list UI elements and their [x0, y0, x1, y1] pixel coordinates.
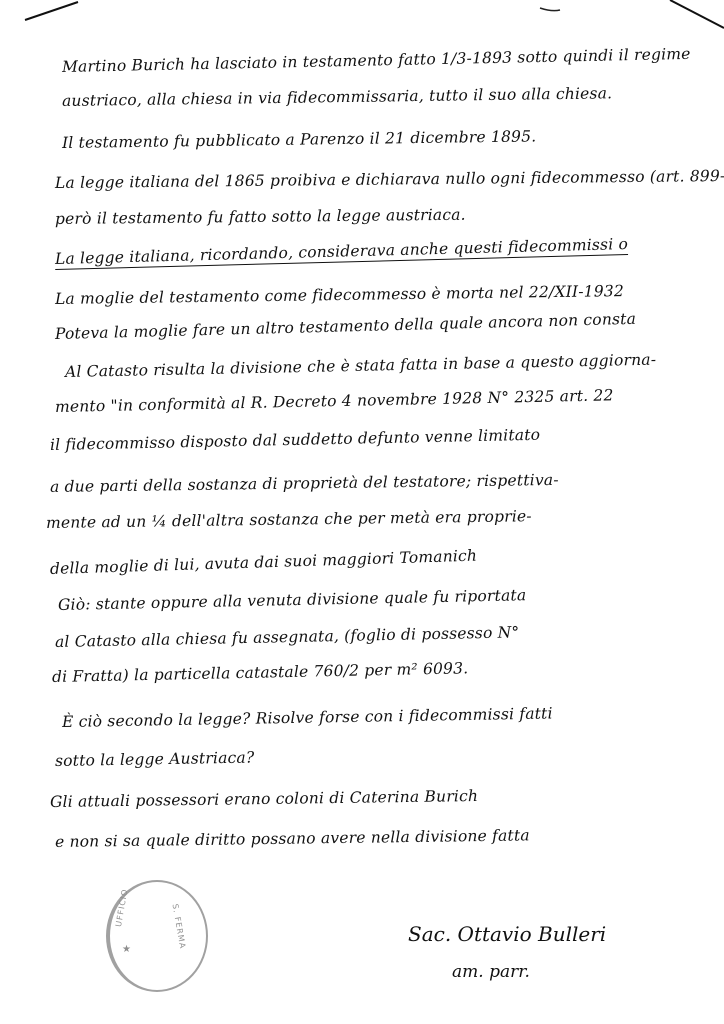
stamp-text-left: UFFICIO — [114, 888, 130, 928]
text-line: della moglie di lui, avuta dai suoi magg… — [50, 547, 478, 578]
text-line: Martino Burich ha lasciato in testamento… — [62, 45, 691, 76]
text-line: Il testamento fu pubblicato a Parenzo il… — [62, 127, 537, 152]
text-line: Gli attuali possessori erano coloni di C… — [50, 787, 478, 811]
signature-title: am. parr. — [452, 962, 530, 982]
text-line: il fidecommisso disposto dal suddetto de… — [50, 426, 541, 454]
stamp-star-icon: ★ — [122, 944, 131, 955]
text-line: sotto la legge Austriaca? — [55, 749, 255, 770]
text-line: al Catasto alla chiesa fu assegnata, (fo… — [55, 623, 520, 651]
signature: Sac. Ottavio Bulleri — [408, 922, 606, 946]
text-line: Al Catasto risulta la divisione che è st… — [65, 351, 657, 381]
text-line: La moglie del testamento come fidecommes… — [55, 282, 624, 308]
text-line: È ciò secondo la legge? Risolve forse co… — [62, 704, 553, 731]
text-line: però il testamento fu fatto sotto la leg… — [55, 206, 466, 228]
text-line: Giò: stante oppure alla venuta divisione… — [58, 586, 527, 614]
scanned-page: Martino Burich ha lasciato in testamento… — [0, 0, 724, 1024]
torn-top-edge — [0, 0, 724, 40]
stamp-text-right: S. FERMA — [171, 903, 188, 950]
text-line: La legge italiana del 1865 proibiva e di… — [55, 167, 724, 192]
text-line: mente ad un ¼ dell'altra sostanza che pe… — [46, 507, 532, 532]
text-line: di Fratta) la particella catastale 760/2… — [52, 659, 469, 686]
text-line: Poteva la moglie fare un altro testament… — [55, 310, 637, 343]
text-line: e non si sa quale diritto possano avere … — [55, 826, 530, 851]
text-line: austriaco, alla chiesa in via fidecommis… — [62, 84, 612, 110]
text-line: La legge italiana, ricordando, considera… — [55, 235, 629, 270]
text-line: mento "in conformità al R. Decreto 4 nov… — [55, 386, 614, 416]
official-stamp: UFFICIO ★ S. FERMA — [106, 880, 208, 992]
text-line: a due parti della sostanza di proprietà … — [50, 471, 559, 496]
